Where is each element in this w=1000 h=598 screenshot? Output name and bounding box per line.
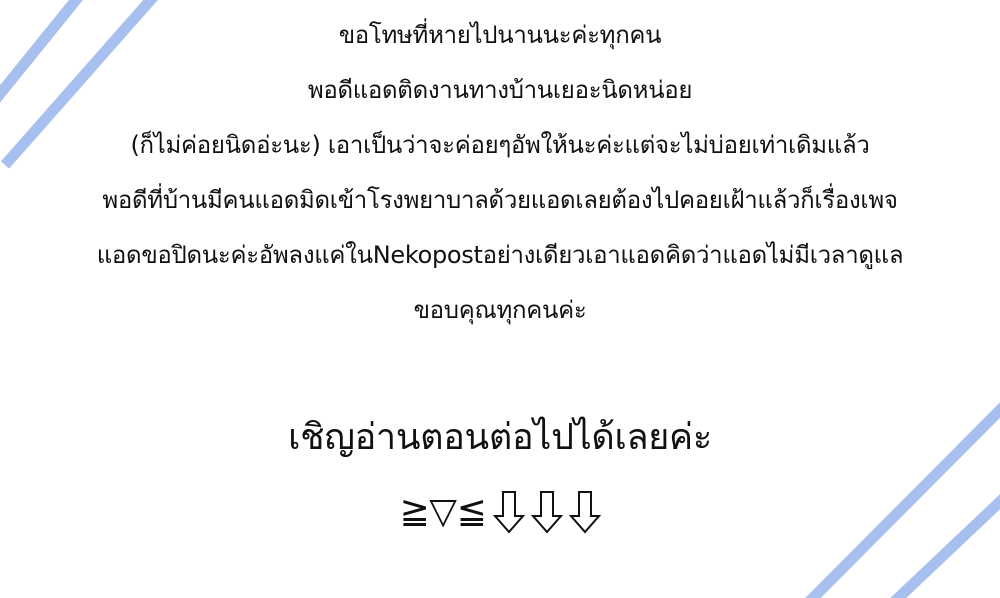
- emoticon: ≧▽≦: [399, 490, 486, 534]
- message-line-1: ขอโทษที่หายไปนานนะค่ะทุกคน: [0, 20, 1000, 50]
- message-line-4: พอดีที่บ้านมีคนแอดมิดเข้าโรงพยาบาลด้วยแอ…: [0, 185, 1000, 215]
- message-line-2: พอดีแอดติดงานทางบ้านเยอะนิดหน่อย: [0, 75, 1000, 105]
- down-arrow-icon: [569, 490, 601, 534]
- down-arrow-icon: [531, 490, 563, 534]
- message-line-6: ขอบคุณทุกคนค่ะ: [0, 295, 1000, 325]
- message-line-5: แอดขอปิดนะค่ะอัพลงแค่ในNekopostอย่างเดีย…: [0, 240, 1000, 270]
- message-line-3: (ก็ไม่ค่อยนิดอ่ะนะ) เอาเป็นว่าจะค่อยๆอัพ…: [0, 130, 1000, 160]
- down-arrow-icon: [493, 490, 525, 534]
- emote-row: ≧▽≦: [0, 490, 1000, 534]
- invite-heading: เชิญอ่านตอนต่อไปได้เลยค่ะ: [0, 416, 1000, 460]
